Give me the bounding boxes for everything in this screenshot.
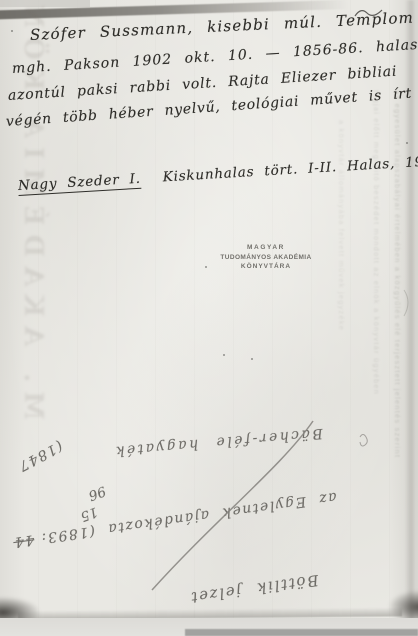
- library-stamp: MAGYAR TUDOMÁNYOS AKADÉMIA KÖNYVTÁRA: [210, 243, 322, 272]
- dust-speck: [223, 354, 225, 356]
- pencil-note-bottom: Böttlik jelzet: [185, 571, 322, 608]
- dust-speck: [205, 266, 207, 268]
- bleedthrough-right-column: a könyvtár állományába felvett művek jeg…: [334, 120, 346, 600]
- scanner-background-bar: [185, 629, 418, 636]
- dust-speck: [406, 142, 408, 144]
- stamp-line-2: TUDOMÁNYOS AKADÉMIA: [210, 253, 322, 263]
- stamp-line-3: KÖNYVTÁRA: [210, 262, 322, 272]
- bleedthrough-left-vertical-text: M. AKADÉMIA KÖNYVTÁRA: [8, 80, 48, 420]
- dust-speck: [11, 30, 13, 32]
- dust-speck: [251, 358, 253, 360]
- pencil-note-upper: Bächer-féle hagyaték: [68, 421, 368, 463]
- pencil-struck-number: 44: [12, 531, 35, 550]
- stamp-line-1: MAGYAR: [210, 243, 322, 253]
- pencil-note-upper-year: (1847: [8, 434, 72, 478]
- scanned-flyleaf-page: { "ink_note": { "lines": [ "Szófer Sussm…: [0, 0, 418, 636]
- citation-line: Nagy Szeder I.Kiskunhalas tört. I-II. Ha…: [18, 153, 418, 194]
